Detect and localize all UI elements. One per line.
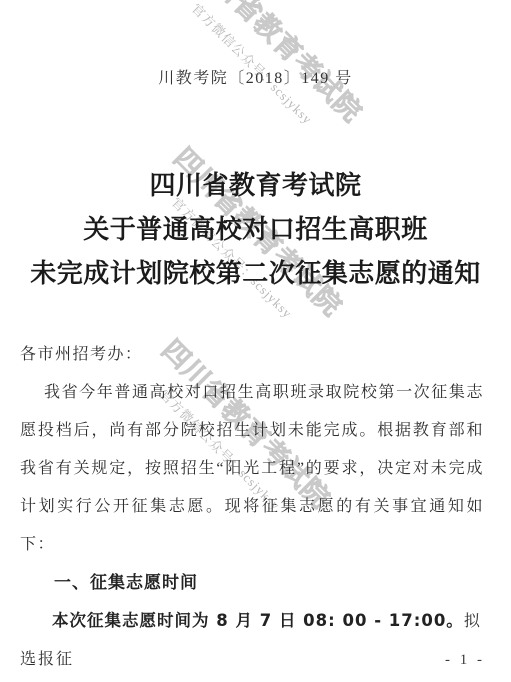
title-line-2: 关于普通高校对口招生高职班 <box>0 208 511 252</box>
paragraph-2-bold-text: 本次征集志愿时间为 8 月 7 日 08: 00 - 17:00。 <box>52 611 464 630</box>
title-line-3: 未完成计划院校第二次征集志愿的通知 <box>0 252 511 296</box>
page-number: - 1 - <box>445 652 485 669</box>
salutation: 各市州招考办： <box>20 336 484 374</box>
paragraph-1: 我省今年普通高校对口招生高职班录取院校第一次征集志愿投档后，尚有部分院校招生计划… <box>20 374 484 564</box>
document-number: 川教考院〔2018〕149 号 <box>0 65 511 88</box>
document-page: 四川省教育考试院 官方微信公众号：scsjyksy 四川省教育考试院 官方微信公… <box>0 0 511 682</box>
paragraph-2: 本次征集志愿时间为 8 月 7 日 08: 00 - 17:00。拟选报征 <box>20 602 484 679</box>
section-heading-1: 一、征集志愿时间 <box>20 564 484 602</box>
title-line-1: 四川省教育考试院 <box>0 164 511 208</box>
document-title: 四川省教育考试院 关于普通高校对口招生高职班 未完成计划院校第二次征集志愿的通知 <box>0 164 511 296</box>
document-body: 各市州招考办： 我省今年普通高校对口招生高职班录取院校第一次征集志愿投档后，尚有… <box>20 336 484 679</box>
